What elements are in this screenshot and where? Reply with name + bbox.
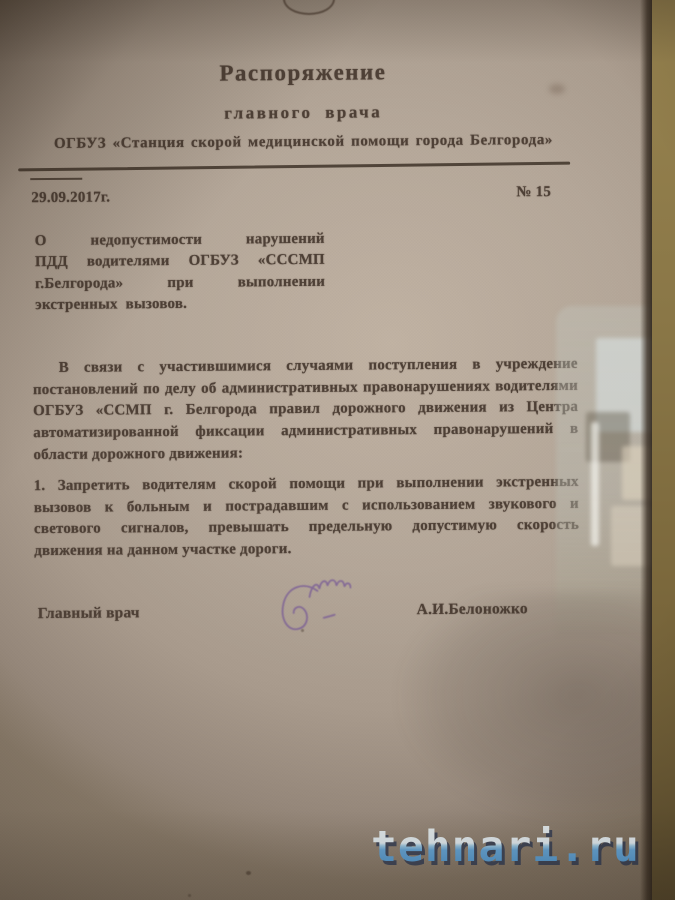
organization-name: ОГБУЗ «Станция скорой медицинской помощи… — [31, 132, 576, 153]
header-rule-short — [30, 178, 82, 180]
photographer-shadow — [398, 592, 675, 822]
photo-of-framed-document: Распоряжение главного врача ОГБУЗ «Станц… — [0, 0, 675, 900]
document-number: № 15 — [516, 184, 551, 201]
dust-speck — [246, 871, 251, 875]
body-paragraph-2: 1. Запретить водителям скорой помощи при… — [34, 472, 580, 563]
reflection-bright-streak — [591, 422, 599, 546]
wooden-frame — [652, 0, 675, 900]
body-paragraph-1: В связи с участившимися случаями поступл… — [33, 354, 579, 467]
dust-speck — [188, 894, 191, 897]
header-rule — [18, 162, 570, 171]
document-date: 29.09.2017г. — [31, 189, 110, 207]
signature-ink — [273, 571, 364, 638]
document-subtitle: главного врача — [31, 101, 576, 125]
watermark-logo: tehnari.ru — [371, 822, 640, 872]
signatory-role: Главный врач — [38, 604, 140, 623]
document-title: Распоряжение — [30, 58, 575, 88]
dust-speck — [301, 629, 304, 632]
document-subject: О недопустимости нарушенийПДД водителями… — [35, 229, 326, 317]
paper-smudge — [549, 84, 565, 94]
